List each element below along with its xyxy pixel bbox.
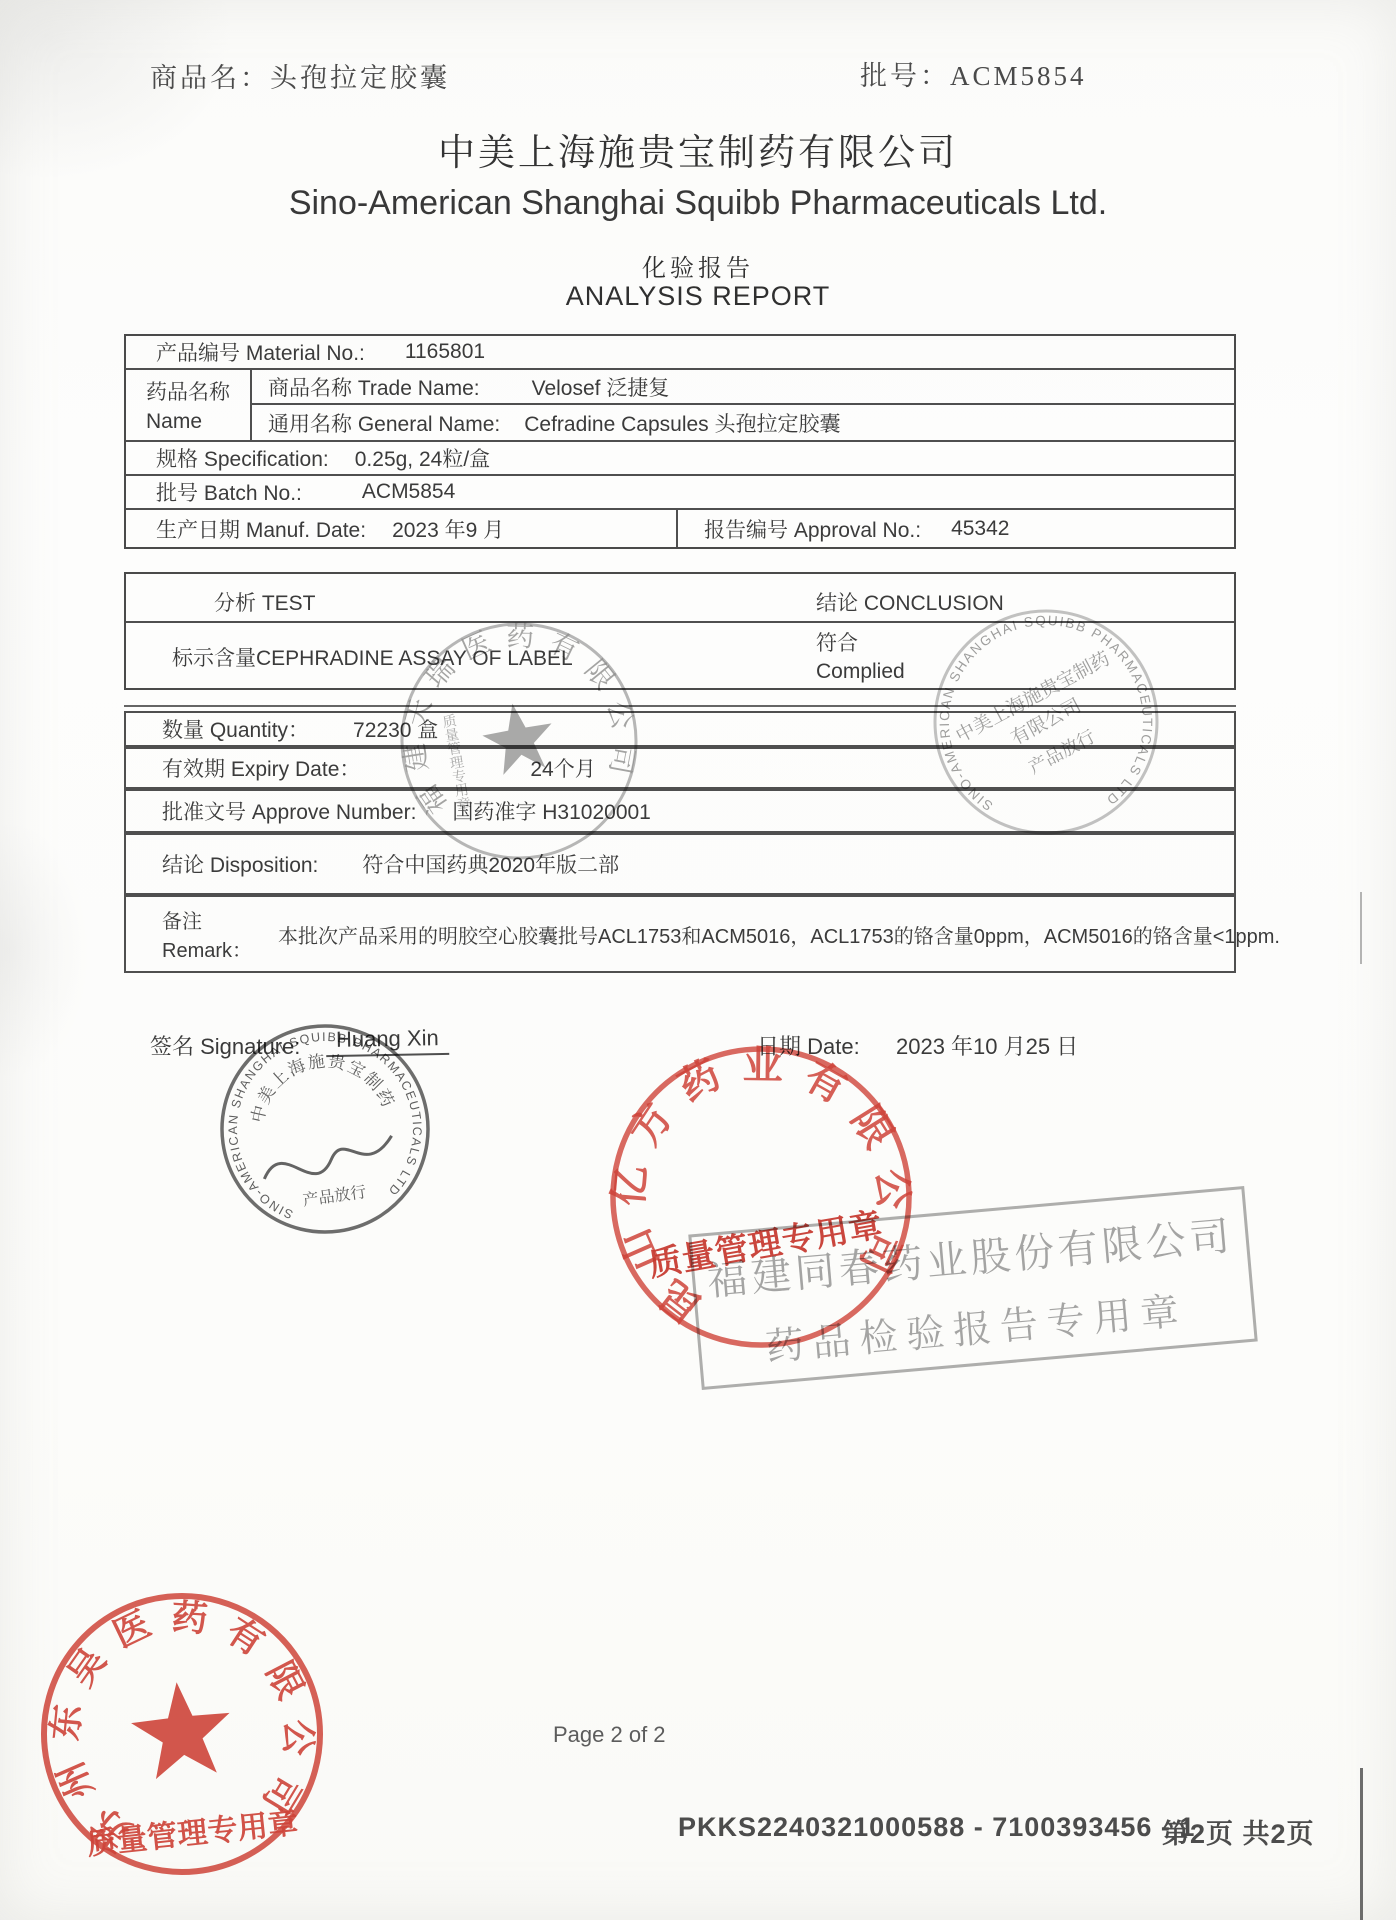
- remark-row: 备注 Remark： 本批次产品采用的明胶空心胶囊批号ACL1753和ACM50…: [124, 895, 1236, 973]
- expiry-value: 24个月: [530, 753, 595, 783]
- report-title-cn: 化验报告: [0, 248, 1396, 283]
- assay-conclusion-cn: 符合: [816, 630, 905, 658]
- company-title-en: Sino-American Shanghai Squibb Pharmaceut…: [0, 184, 1396, 223]
- drug-name-label-en: Name: [146, 410, 250, 434]
- drug-name-rows: 药品名称 Name 商品名称 Trade Name: Velosef 泛捷复 通…: [126, 370, 1234, 442]
- general-name-value: Cefradine Capsules 头孢拉定胶囊: [524, 408, 840, 438]
- batch-number-header: 批号：ACM5854: [860, 54, 1087, 93]
- batch-no-label: 批号 Batch No.:: [156, 477, 302, 507]
- expiry-row: 有效期 Expiry Date： 24个月: [124, 747, 1236, 789]
- signature-name: Huang Xin: [326, 1025, 449, 1057]
- expiry-label: 有效期 Expiry Date：: [162, 753, 360, 783]
- assay-conclusion-en: Complied: [816, 658, 905, 686]
- page-note: Page 2 of 2: [553, 1722, 666, 1748]
- general-name-row: 通用名称 General Name: Cefradine Capsules 头孢…: [252, 405, 1234, 440]
- product-name-header: 商品名：头孢拉定胶囊: [150, 56, 450, 95]
- drug-name-label-cell: 药品名称 Name: [126, 370, 252, 440]
- batch-no-value: ACM5854: [362, 480, 455, 504]
- product-info-table: 产品编号 Material No.: 1165801 药品名称 Name 商品名…: [124, 334, 1236, 549]
- stamp-fujian-tongchun: 福建同春药业股份有限公司 药品检验报告专用章: [688, 1186, 1257, 1390]
- date-label: 日期 Date:: [757, 1030, 860, 1061]
- conclusion-column-header: 结论 CONCLUSION: [816, 587, 1004, 617]
- quantity-value: 72230 盒: [353, 714, 438, 744]
- remark-value: 本批次产品采用的明胶空心胶囊批号ACL1753和ACM5016，ACL1753的…: [278, 920, 1280, 949]
- quantity-row: 数量 Quantity： 72230 盒: [124, 711, 1236, 747]
- trade-name-value: Velosef 泛捷复: [532, 372, 670, 402]
- test-conclusion-table: 分析 TEST 结论 CONCLUSION 标示含量CEPHRADINE ASS…: [124, 572, 1236, 690]
- scan-double-line: [124, 705, 1236, 707]
- material-no-label: 产品编号 Material No.:: [156, 337, 365, 367]
- disposition-label: 结论 Disposition:: [162, 849, 318, 879]
- stamp-inner-text: 质量管理专用章: [646, 1206, 885, 1283]
- stamp-inner-line2: 产品放行: [302, 1183, 368, 1210]
- quantity-label: 数量 Quantity：: [162, 714, 309, 744]
- specification-label: 规格 Specification:: [156, 443, 329, 473]
- disposition-value: 符合中国药典2020年版二部: [362, 849, 619, 879]
- test-table-header: 分析 TEST 结论 CONCLUSION: [126, 574, 1234, 623]
- manuf-date-label: 生产日期 Manuf. Date:: [156, 514, 366, 544]
- drug-name-label-cn: 药品名称: [146, 376, 250, 406]
- approve-number-row: 批准文号 Approve Number: 国药准字 H31020001: [124, 789, 1236, 833]
- stamp-inner-text: 质量管理专用章: [85, 1805, 299, 1861]
- scan-artifact-line-bottom-right: [1360, 1768, 1363, 1920]
- scanned-analysis-report-page: 商品名：头孢拉定胶囊 批号：ACM5854 中美上海施贵宝制药有限公司 Sino…: [0, 0, 1396, 1920]
- page-indicator: 第2页 共2页: [1162, 1812, 1315, 1851]
- approve-number-label: 批准文号 Approve Number:: [162, 796, 416, 826]
- date-value: 2023 年10 月25 日: [896, 1030, 1078, 1061]
- approve-number-value: 国药准字 H31020001: [452, 796, 650, 826]
- specification-value: 0.25g, 24粒/盒: [355, 443, 490, 473]
- handwritten-signature-scribble: [261, 1136, 395, 1181]
- approval-no-label: 报告编号 Approval No.:: [704, 514, 921, 544]
- general-name-label: 通用名称 General Name:: [268, 408, 500, 438]
- assay-conclusion: 符合 Complied: [816, 630, 905, 687]
- rect-stamp-line1: 福建同春药业股份有限公司: [705, 1204, 1236, 1307]
- stamp-arc-text: 苏州东吴医药有限公司: [31, 1582, 332, 1860]
- trade-name-row: 商品名称 Trade Name: Velosef 泛捷复: [252, 370, 1234, 405]
- remark-label: 备注 Remark：: [162, 905, 252, 963]
- company-title-cn: 中美上海施贵宝制药有限公司: [0, 122, 1396, 176]
- scan-smudge-left: [0, 820, 90, 1080]
- assay-test-name: 标示含量CEPHRADINE ASSAY OF LABEL: [172, 642, 573, 672]
- star-icon: [127, 1677, 235, 1781]
- stamp-kunshan-red: 昆山亿方药业有限公司 质量管理专用章: [586, 1022, 935, 1371]
- trade-name-label: 商品名称 Trade Name:: [268, 372, 480, 402]
- document-number: PKKS2240321000588 - 7100393456 - 1: [678, 1812, 1195, 1843]
- material-no-row: 产品编号 Material No.: 1165801: [126, 336, 1234, 370]
- date-approval-row: 生产日期 Manuf. Date: 2023 年9 月 报告编号 Approva…: [126, 510, 1234, 547]
- material-no-value: 1165801: [405, 340, 485, 364]
- manuf-date-cell: 生产日期 Manuf. Date: 2023 年9 月: [126, 510, 678, 547]
- assay-row: 标示含量CEPHRADINE ASSAY OF LABEL 符合 Complie…: [126, 623, 1234, 688]
- approval-no-cell: 报告编号 Approval No.: 45342: [678, 510, 1234, 547]
- stamp-arc-text: 昆山亿方药业有限公司: [592, 1027, 927, 1336]
- test-column-header: 分析 TEST: [214, 587, 316, 617]
- approval-no-value: 45342: [951, 517, 1009, 541]
- disposition-row: 结论 Disposition: 符合中国药典2020年版二部: [124, 833, 1236, 895]
- manuf-date-value: 2023 年9 月: [392, 514, 504, 544]
- stamp-suzhou-red: 苏州东吴医药有限公司 质量管理专用章: [15, 1567, 349, 1901]
- signature-label: 签名 Signature:: [150, 1030, 300, 1061]
- rect-stamp-line2: 药品检验报告专用章: [711, 1275, 1242, 1376]
- batch-no-row: 批号 Batch No.: ACM5854: [126, 476, 1234, 510]
- scan-artifact-line-mid-right: [1360, 892, 1362, 964]
- report-title-en: ANALYSIS REPORT: [0, 281, 1396, 312]
- specification-row: 规格 Specification: 0.25g, 24粒/盒: [126, 442, 1234, 476]
